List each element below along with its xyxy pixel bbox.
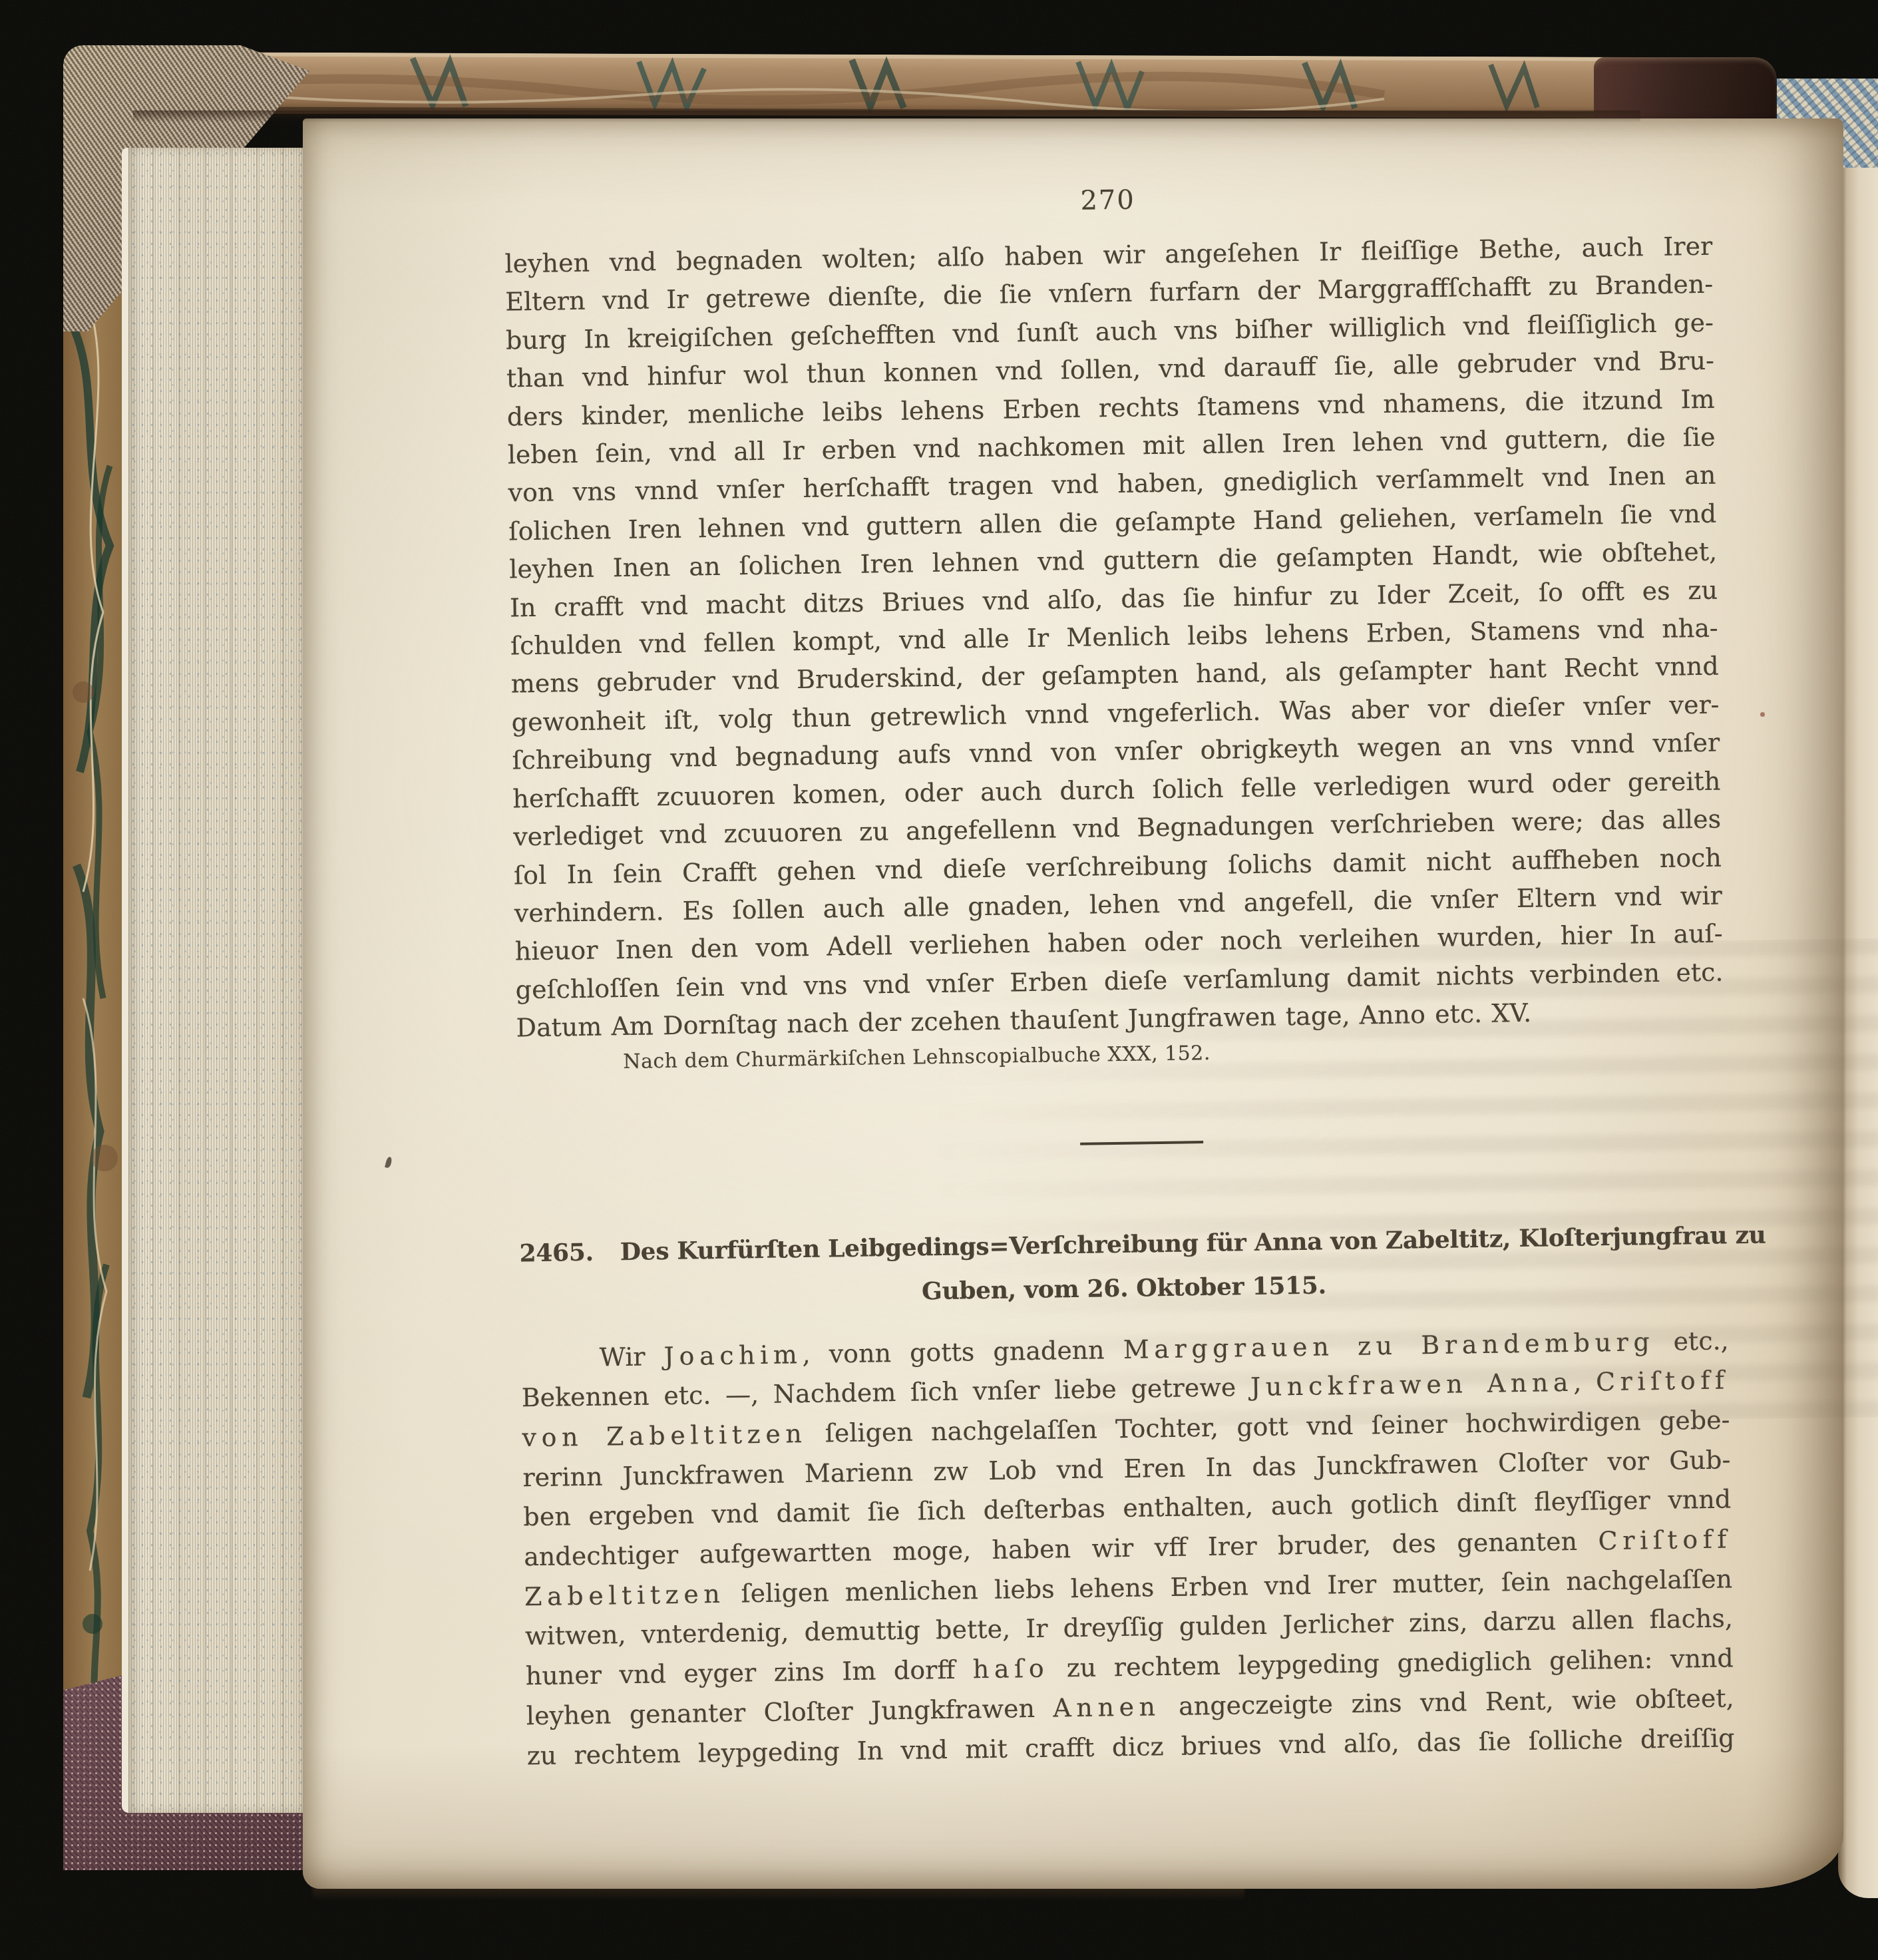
open-page: 270 leyhen vnd begnaden wolten; alſo hab… xyxy=(303,118,1843,1889)
page-block-fore-edge xyxy=(122,148,315,1813)
ink-bleedthrough xyxy=(925,936,1878,1431)
photo-scene: 270 leyhen vnd begnaden wolten; alſo hab… xyxy=(0,0,1878,1960)
letterspaced-name: Zabeltitzen xyxy=(524,1579,725,1611)
letterspaced-name: Criſtoff xyxy=(1598,1524,1732,1555)
continued-document-paragraph: leyhen vnd begnaden wolten; alſo haben w… xyxy=(504,228,1724,1048)
marbled-paper-top-edge xyxy=(133,52,1644,118)
marbled-paper-art xyxy=(63,266,126,1750)
text-segment: angeczeigte zins vnd Rent, wie obſteet, xyxy=(1160,1683,1734,1721)
letterspaced-name: Annen xyxy=(1053,1692,1161,1722)
entry-number: 2465. xyxy=(519,1238,594,1267)
page-number: 270 xyxy=(504,176,1712,225)
paper-freckle xyxy=(1760,712,1765,717)
marbled-paper-left-edge xyxy=(63,266,126,1750)
text-segment: Wir xyxy=(599,1342,663,1372)
letterspaced-name: haſo xyxy=(972,1654,1049,1684)
text-segment: leyhen genanter Cloſter Jungkfrawen xyxy=(526,1693,1053,1730)
board-edge-shadow xyxy=(133,110,1640,122)
text-segment: huner vnd eyger zins Im dorff xyxy=(526,1655,974,1691)
letterspaced-name: Joachim xyxy=(663,1340,803,1371)
text-segment: zu rechtem leypgeding gnediglich gelihen… xyxy=(1049,1644,1734,1683)
letterspaced-name: von Zabeltitzen xyxy=(522,1419,807,1452)
marbled-top-art xyxy=(133,52,1644,118)
